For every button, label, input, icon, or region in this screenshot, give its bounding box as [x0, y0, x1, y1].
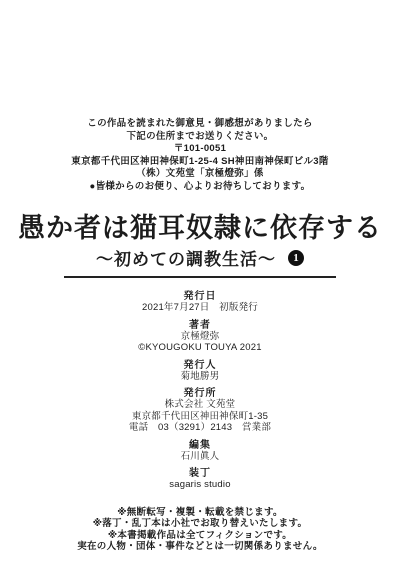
book-title-block: 愚か者は猫耳奴隷に依存する ～初めての調教生活～ 1 [18, 213, 382, 270]
copyright-line: ©KYOUGOKU TOUYA 2021 [129, 343, 271, 354]
publisher-phone-line: 電話 03（3291）2143 営業部 [129, 423, 271, 434]
book-title: 愚か者は猫耳奴隷に依存する [18, 213, 382, 243]
note-defective-copies: ※落丁・乱丁本は小社でお取り替えいたします。 [77, 518, 323, 530]
issuer-name: 菊地勝男 [129, 372, 271, 383]
entry-label: 装丁 [129, 468, 271, 479]
volume-number-badge: 1 [288, 250, 304, 266]
entry-binding-design: 装丁 sagaris studio [129, 468, 271, 491]
reader-feedback-notice: この作品を読まれた御意見・御感想がありましたら 下記の住所までお送りください。 … [71, 118, 328, 193]
publisher-name: 株式会社 文苑堂 [129, 400, 271, 411]
entry-value: 2021年7月27日 初版発行 [129, 303, 271, 314]
legal-notes: ※無断転写・複製・転載を禁じます。 ※落丁・乱丁本は小社でお取り替えいたします。… [77, 507, 323, 553]
colophon-page: この作品を読まれた御意見・御感想がありましたら 下記の住所までお送りください。 … [0, 0, 400, 575]
entry-publisher: 発行所 株式会社 文苑堂 東京都千代田区神田神保町1-35 電話 03（3291… [129, 388, 271, 434]
note-fiction-disclaimer: ※本書掲載作品は全てフィクションです。 [77, 530, 323, 542]
entry-publication-date: 発行日 2021年7月27日 初版発行 [129, 291, 271, 314]
design-studio-name: sagaris studio [129, 480, 271, 491]
entry-label: 発行日 [129, 291, 271, 302]
entry-label: 著者 [129, 320, 271, 331]
entry-editor: 編集 石川眞人 [129, 440, 271, 463]
publisher-address: 東京都千代田区神田神保町1-25-4 SH神田南神保町ビル3階 [71, 156, 328, 169]
book-subtitle: ～初めての調教生活～ [96, 245, 276, 270]
feedback-line: 下記の住所までお送りください。 [71, 131, 328, 144]
publication-details: 発行日 2021年7月27日 初版発行 著者 京極燈弥 ©KYOUGOKU TO… [129, 285, 271, 491]
publisher-address-line: 東京都千代田区神田神保町1-35 [129, 412, 271, 423]
entry-label: 発行人 [129, 360, 271, 371]
author-name: 京極燈弥 [129, 332, 271, 343]
entry-author: 著者 京極燈弥 ©KYOUGOKU TOUYA 2021 [129, 320, 271, 354]
publisher-attention-line: （株）文苑堂「京極燈弥」係 [71, 168, 328, 181]
feedback-line: この作品を読まれた御意見・御感想がありましたら [71, 118, 328, 131]
book-subtitle-row: ～初めての調教生活～ 1 [18, 245, 382, 270]
postal-code: 〒101-0051 [71, 143, 328, 156]
feedback-closing-line: ●皆様からのお便り、心よりお待ちしております。 [71, 181, 328, 194]
note-no-reproduction: ※無断転写・複製・転載を禁じます。 [77, 507, 323, 519]
title-divider-rule [64, 276, 336, 278]
entry-issuer: 発行人 菊地勝男 [129, 360, 271, 383]
entry-label: 発行所 [129, 388, 271, 399]
entry-label: 編集 [129, 440, 271, 451]
note-fiction-disclaimer-cont: 実在の人物・団体・事件などとは一切関係ありません。 [77, 541, 323, 553]
editor-name: 石川眞人 [129, 452, 271, 463]
